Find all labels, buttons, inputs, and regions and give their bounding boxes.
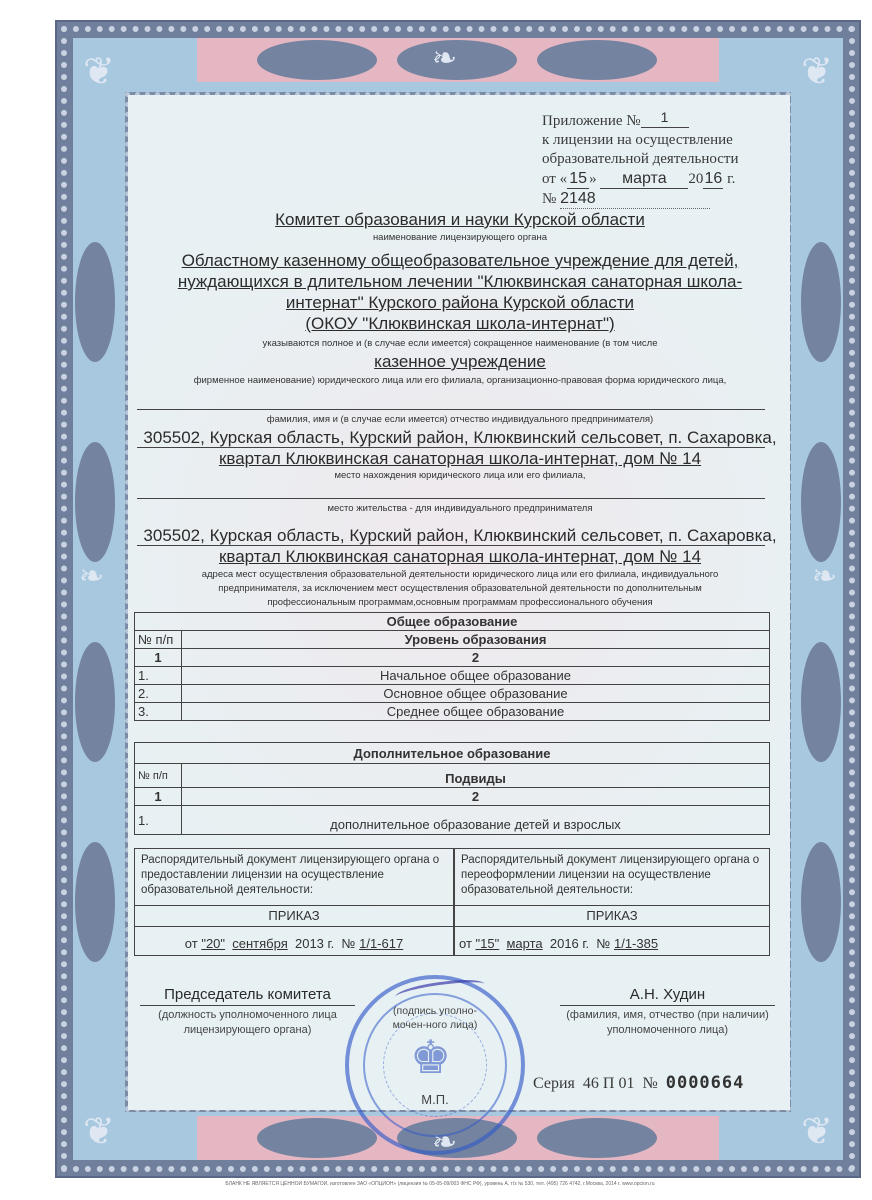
row-num: 1. [135,806,182,835]
appendix-number: 1 [641,108,689,128]
entrepreneur-line [137,409,765,410]
frame-lozenge [801,842,841,962]
series-no-label: № [642,1075,657,1092]
official-position: Председатель комитета [140,986,355,1006]
license-no-label: № [542,191,556,207]
table-index-row: 1 2 [135,649,770,667]
grant-order-type: ПРИКАЗ [135,906,453,927]
order-month: сентября [232,936,287,951]
swirl-ornament-icon: ❦ [83,52,115,90]
full-name-caption: указываются полное и (в случае если имее… [140,338,780,349]
blank-series: Серия 46 П 01 № 0000664 [533,1073,744,1093]
table-header-row: № п/п Уровень образования [135,631,770,649]
blank-number: 0000664 [666,1073,745,1093]
reissue-order-reference: от "15" марта 2016 г. № 1/1-385 [455,927,769,961]
col-level-header: Уровень образования [182,631,770,649]
table-title: Общее образование [135,613,770,631]
license-number: 2148 [560,189,710,209]
order-day: "15" [476,936,500,951]
table-row: 3. Среднее общее образование [135,703,770,721]
appendix-line-2: к лицензии на осуществление [542,131,739,150]
frame-lozenge [75,642,115,762]
official-position-caption: (должность уполномоченного лица лицензир… [140,1008,355,1038]
row-sub: дополнительное образование детей и взрос… [182,806,770,835]
year-unit: г. [727,171,735,187]
official-name-caption: (фамилия, имя, отчество (при наличии) уп… [560,1008,775,1038]
grant-order-reference: от "20" сентября 2013 г. № 1/1-617 [135,927,453,961]
frame-lozenge [801,242,841,362]
order-year: 2013 г. [295,936,334,951]
swirl-ornament-icon: ❦ [801,52,833,90]
table-row: 1. Начальное общее образование [135,667,770,685]
row-num: 1. [135,667,182,685]
order-year: 2016 г. [550,936,589,951]
authority-name: Комитет образования и науки Курской обла… [140,210,780,230]
table-index-row: 1 2 [135,788,770,806]
general-education-table: Общее образование № п/п Уровень образова… [134,612,770,721]
grant-order-description: Распорядительный документ лицензирующего… [135,849,453,906]
authority-caption: наименование лицензирующего органа [140,232,780,243]
row-num: 2. [135,685,182,703]
frame-lozenge [75,842,115,962]
signature-caption: (подпись уполно-мочен-ного лица) [385,1004,485,1032]
location-line-2: квартал Клюквинская санаторная школа-инт… [140,449,780,469]
order-month: марта [506,936,542,951]
frame-lozenge [257,40,377,80]
frame-lozenge [801,442,841,562]
appendix-line-3: образовательной деятельности [542,150,739,169]
row-num: 3. [135,703,182,721]
caption-line: предпринимателя, за исключением мест осу… [140,582,780,596]
location-caption: место нахождения юридического лица или е… [140,470,780,481]
official-name: А.Н. Худин [560,986,775,1006]
appendix-day: 15 [567,169,589,189]
licensee-name-line: нуждающихся в длительном лечении "Клюкви… [140,271,780,292]
swirl-ornament-icon: ❦ [801,1112,833,1150]
index-cell: 2 [182,788,770,806]
table-row: 1. дополнительное образование детей и вз… [135,806,770,835]
activity-address-underline [137,545,765,546]
table-header-row: № п/п Подвиды [135,764,770,788]
date-prefix: от « [542,171,567,187]
residence-line [137,498,765,499]
swirl-ornament-icon: ❧ [812,562,837,592]
frame-lozenge [801,642,841,762]
frame-lozenge [75,442,115,562]
table-title-row: Общее образование [135,613,770,631]
index-cell: 1 [135,649,182,667]
date-mid: » [589,171,597,187]
caption-line: профессиональным программам,основным про… [140,596,780,610]
additional-education-table: Дополнительное образование № п/п Подвиды… [134,742,770,835]
from-label: от [459,936,472,951]
row-level: Среднее общее образование [182,703,770,721]
row-level: Основное общее образование [182,685,770,703]
col-num-header: № п/п [135,764,182,788]
seal-mark: М.П. [405,1092,465,1107]
series-value: 46 П 01 [583,1075,635,1092]
grant-order-box: Распорядительный документ лицензирующего… [134,848,454,956]
official-position-block: Председатель комитета (должность уполном… [140,986,355,1038]
licensee-name-line: интернат" Курского района Курской област… [140,292,780,313]
double-headed-eagle-icon: ♚ [410,1030,451,1084]
table-row: 2. Основное общее образование [135,685,770,703]
order-no-label: № [342,936,356,951]
location-underline [137,447,765,448]
location-line-1: 305502, Курская область, Курский район, … [140,428,780,448]
appendix-header: Приложение №1 к лицензии на осуществлени… [542,108,739,209]
frame-lozenge [75,242,115,362]
index-cell: 2 [182,649,770,667]
swirl-ornament-icon: ❧ [432,44,457,74]
appendix-label: Приложение № [542,113,641,129]
entrepreneur-caption: фамилия, имя и (в случае если имеется) о… [140,414,780,425]
activity-address-line-2: квартал Клюквинская санаторная школа-инт… [140,547,780,567]
residence-caption: место жительства - для индивидуального п… [140,503,780,514]
table-title-row: Дополнительное образование [135,743,770,764]
series-label: Серия [533,1075,575,1092]
printer-footer: БЛАНК НЕ ЯВЛЯЕТСЯ ЦЕННОЙ БУМАГОЙ, изгото… [200,1181,680,1187]
appendix-year: 16 [703,169,723,189]
order-day: "20" [201,936,225,951]
index-cell: 1 [135,788,182,806]
frame-lozenge [257,1118,377,1158]
caption-line: адреса мест осуществления образовательно… [140,568,780,582]
reissue-order-type: ПРИКАЗ [455,906,769,927]
table-title: Дополнительное образование [135,743,770,764]
activity-address-caption: адреса мест осуществления образовательно… [140,568,780,610]
appendix-month: марта [600,169,688,189]
year-prefix: 20 [688,171,703,187]
licensee-name: Областному казенному общеобразовательное… [140,250,780,334]
swirl-ornament-icon: ❦ [83,1112,115,1150]
legal-form: казенное учреждение [140,352,780,372]
order-no-label: № [596,936,610,951]
legal-form-caption: фирменное наименование) юридического лиц… [140,375,780,386]
frame-lozenge [537,40,657,80]
order-number: 1/1-385 [614,936,658,951]
official-name-block: А.Н. Худин (фамилия, имя, отчество (при … [560,986,775,1038]
frame-lozenge [537,1118,657,1158]
col-num-header: № п/п [135,631,182,649]
licensee-name-line: Областному казенному общеобразовательное… [140,250,780,271]
row-level: Начальное общее образование [182,667,770,685]
swirl-ornament-icon: ❧ [79,562,104,592]
reissue-order-description: Распорядительный документ лицензирующего… [455,849,769,906]
order-number: 1/1-617 [359,936,403,951]
activity-address-line-1: 305502, Курская область, Курский район, … [140,526,780,546]
reissue-order-box: Распорядительный документ лицензирующего… [454,848,770,956]
licensee-name-line: (ОКОУ "Клюквинская школа-интернат") [140,313,780,334]
col-sub-header: Подвиды [182,764,770,788]
from-label: от [185,936,198,951]
